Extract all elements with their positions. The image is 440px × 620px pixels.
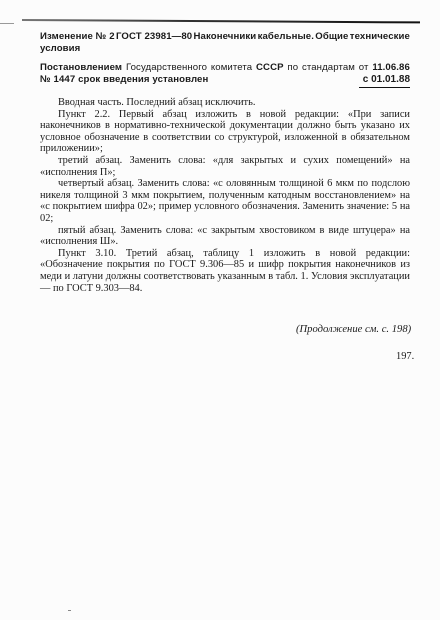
paragraph: четвертый абзац. Заменить слова: «с олов… [40,178,410,224]
change-title-line: Изменение № 2 ГОСТ 23981—80 Наконечники … [40,31,410,43]
paragraph: Пункт 2.2. Первый абзац изложить в новой… [40,109,410,155]
decree-date: 11.06.86 [372,62,410,74]
decree-word: по [287,62,298,74]
effective-date: с 01.01.88 [359,74,410,88]
paragraph: Пункт 3.10. Третий абзац, таблицу 1 изло… [40,248,410,294]
decree-number-line: № 1447 срок введения установлен [40,74,410,86]
paragraph: пятый абзац. Заменить слова: «с закрытым… [40,225,410,248]
change-number: Изменение № 2 [40,31,115,43]
document-body: Вводная часть. Последний абзац исключить… [40,97,410,294]
decree-word: СССР [256,62,284,74]
paragraph: третий абзац. Заменить слова: «для закры… [40,155,410,178]
decree-line: Постановлением Государственного комитета… [40,62,410,74]
standard-number: ГОСТ 23981—80 [116,31,192,43]
decree-word: Государственного [126,62,207,74]
continuation-note: (Продолжение см. с. 198) [296,324,411,335]
page-number: 197. [396,351,414,362]
title-word: технические [350,31,410,43]
paragraph: Вводная часть. Последний абзац исключить… [40,97,410,109]
document-header: Изменение № 2 ГОСТ 23981—80 Наконечники … [40,31,410,86]
change-title-continuation: условия [40,43,410,55]
title-word: кабельные. [258,31,314,43]
title-word: Общие [315,31,348,43]
scan-mark [0,23,14,24]
decree-word: от [359,62,369,74]
top-rule [22,19,420,23]
title-word: Наконечники [194,31,257,43]
decree-word: Постановлением [40,62,122,74]
decree-word: стандартам [302,62,355,74]
scan-speck [68,610,71,611]
decree-word: комитета [211,62,252,74]
